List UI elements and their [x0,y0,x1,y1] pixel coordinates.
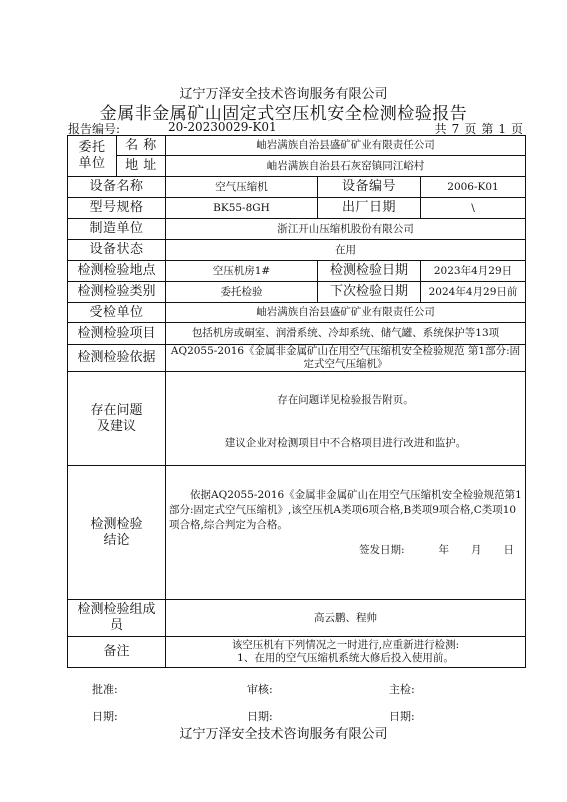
equipment-model-value: BK55-8GH [166,198,318,219]
client-name-row: 委托单位 名 称 岫岩满族自治县盛矿矿业有限责任公司 [68,136,526,156]
manufacturer-value: 浙江开山压缩机股份有限公司 [166,219,526,240]
issues-label: 存在问题及建议 [68,372,166,466]
conclusion-label: 检测检验结论 [68,466,166,600]
equipment-model-row: 型号规格 BK55-8GH 出厂日期 \ [68,198,526,219]
inspection-basis-label: 检测检验依据 [68,345,166,372]
remarks-label: 备注 [68,637,166,668]
next-inspection-date-value: 2024年4月29日前 [421,282,526,303]
conclusion-row: 检测检验结论 依据AQ2055-2016《金属非金属矿山在用空气压缩机安全检验规… [68,466,526,600]
team-value: 高云鹏、程帅 [166,600,526,637]
page-current: 1 [498,122,506,136]
page-unit: 页 [464,122,476,136]
next-inspection-date-label: 下次检验日期 [318,282,421,303]
inspection-basis-row: 检测检验依据 AQ2055-2016《金属非金属矿山在用空气压缩机安全检验规范 … [68,345,526,372]
approve-label: 批准: [92,681,118,697]
issues-row: 存在问题及建议 存在问题详见检验报告附页。 建议企业对检测项目中不合格项目进行改… [68,372,526,466]
page-current-prefix: 第 [481,122,493,136]
issue-date-month: 月 [471,544,482,556]
remarks-line-1: 该空压机有下列情况之一时进行,应重新进行检测: [169,639,522,652]
inspected-unit-row: 受检单位 岫岩满族自治县盛矿矿业有限责任公司 [68,303,526,323]
approve-date-label: 日期: [92,708,118,724]
manufacture-date-label: 出厂日期 [318,198,421,219]
equipment-status-row: 设备状态 在用 [68,240,526,261]
issue-date: 签发日期:年月日 [169,544,522,557]
equipment-model-label: 型号规格 [68,198,166,219]
report-number-value: 20-20230029-K01 [168,120,277,134]
review-label: 审核: [247,681,273,697]
inspection-date-value: 2023年4月29日 [421,261,526,282]
client-group-label: 委托单位 [68,136,117,177]
team-row: 检测检验组成员 高云鹏、程帅 [68,600,526,637]
equipment-name-value: 空气压缩机 [166,177,318,198]
report-table: 委托单位 名 称 岫岩满族自治县盛矿矿业有限责任公司 地 址 岫岩满族自治县石灰… [67,135,526,668]
client-address-row: 地 址 岫岩满族自治县石灰窑镇同江峪村 [68,156,526,177]
client-address-label: 地 址 [117,156,166,177]
inspected-unit-value: 岫岩满族自治县盛矿矿业有限责任公司 [166,303,526,323]
inspection-location-value: 空压机房1# [166,261,318,282]
inspection-items-value: 包括机房或硐室、润滑系统、冷却系统、储气罐、系统保护等13项 [166,323,526,345]
team-label: 检测检验组成员 [68,600,166,637]
conclusion-text: 依据AQ2055-2016《金属非金属矿山在用空气压缩机安全检验规范第1部分:固… [169,466,522,534]
issues-line-2: 建议企业对检测项目中不合格项目进行改进和监护。 [169,437,522,450]
inspection-date-label: 检测检验日期 [318,261,421,282]
conclusion-label-text: 检测检验结论 [89,517,145,548]
inspection-items-label: 检测检验项目 [68,323,166,345]
inspection-type-label: 检测检验类别 [68,282,166,303]
page-total: 7 [452,122,460,136]
page-unit-2: 页 [511,122,523,136]
equipment-name-label: 设备名称 [68,177,166,198]
client-name-value: 岫岩满族自治县盛矿矿业有限责任公司 [166,136,526,156]
conclusion-value: 依据AQ2055-2016《金属非金属矿山在用空气压缩机安全检验规范第1部分:固… [166,466,526,600]
inspected-unit-label: 受检单位 [68,303,166,323]
inspection-type-row: 检测检验类别 委托检验 下次检验日期 2024年4月29日前 [68,282,526,303]
remarks-row: 备注 该空压机有下列情况之一时进行,应重新进行检测: 1、在用的空气压缩机系统大… [68,637,526,668]
equipment-id-label: 设备编号 [318,177,421,198]
equipment-id-value: 2006-K01 [421,177,526,198]
remarks-line-2: 1、在用的空气压缩机系统大修后投入使用前。 [169,652,522,665]
inspector-date-label: 日期: [389,708,415,724]
inspection-type-value: 委托检验 [166,282,318,303]
issues-line-1: 存在问题详见检验报告附页。 [169,394,522,407]
inspection-items-row: 检测检验项目 包括机房或硐室、润滑系统、冷却系统、储气罐、系统保护等13项 [68,323,526,345]
issue-date-day: 日 [504,544,515,556]
inspection-location-row: 检测检验地点 空压机房1# 检测检验日期 2023年4月29日 [68,261,526,282]
issues-label-text: 存在问题及建议 [85,403,149,434]
issue-date-label: 签发日期: [359,544,405,556]
manufacturer-row: 制造单位 浙江开山压缩机股份有限公司 [68,219,526,240]
footer-company-name: 辽宁万泽安全技术咨询服务有限公司 [0,723,567,742]
inspector-label: 主检: [389,681,415,697]
equipment-status-label: 设备状态 [68,240,166,261]
inspection-location-label: 检测检验地点 [68,261,166,282]
equipment-name-row: 设备名称 空气压缩机 设备编号 2006-K01 [68,177,526,198]
equipment-status-value: 在用 [166,240,526,261]
client-address-value: 岫岩满族自治县石灰窑镇同江峪村 [166,156,526,177]
remarks-value: 该空压机有下列情况之一时进行,应重新进行检测: 1、在用的空气压缩机系统大修后投… [166,637,526,668]
manufacture-date-value: \ [421,198,526,219]
manufacturer-label: 制造单位 [68,219,166,240]
page-total-prefix: 共 [435,122,447,136]
issue-date-year: 年 [439,544,450,556]
client-name-label: 名 称 [117,136,166,156]
team-label-text: 检测检验组成员 [77,602,157,635]
issues-value: 存在问题详见检验报告附页。 建议企业对检测项目中不合格项目进行改进和监护。 [166,372,526,466]
inspection-basis-value: AQ2055-2016《金属非金属矿山在用空气压缩机安全检验规范 第1部分:固定… [166,345,526,372]
review-date-label: 日期: [247,708,273,724]
